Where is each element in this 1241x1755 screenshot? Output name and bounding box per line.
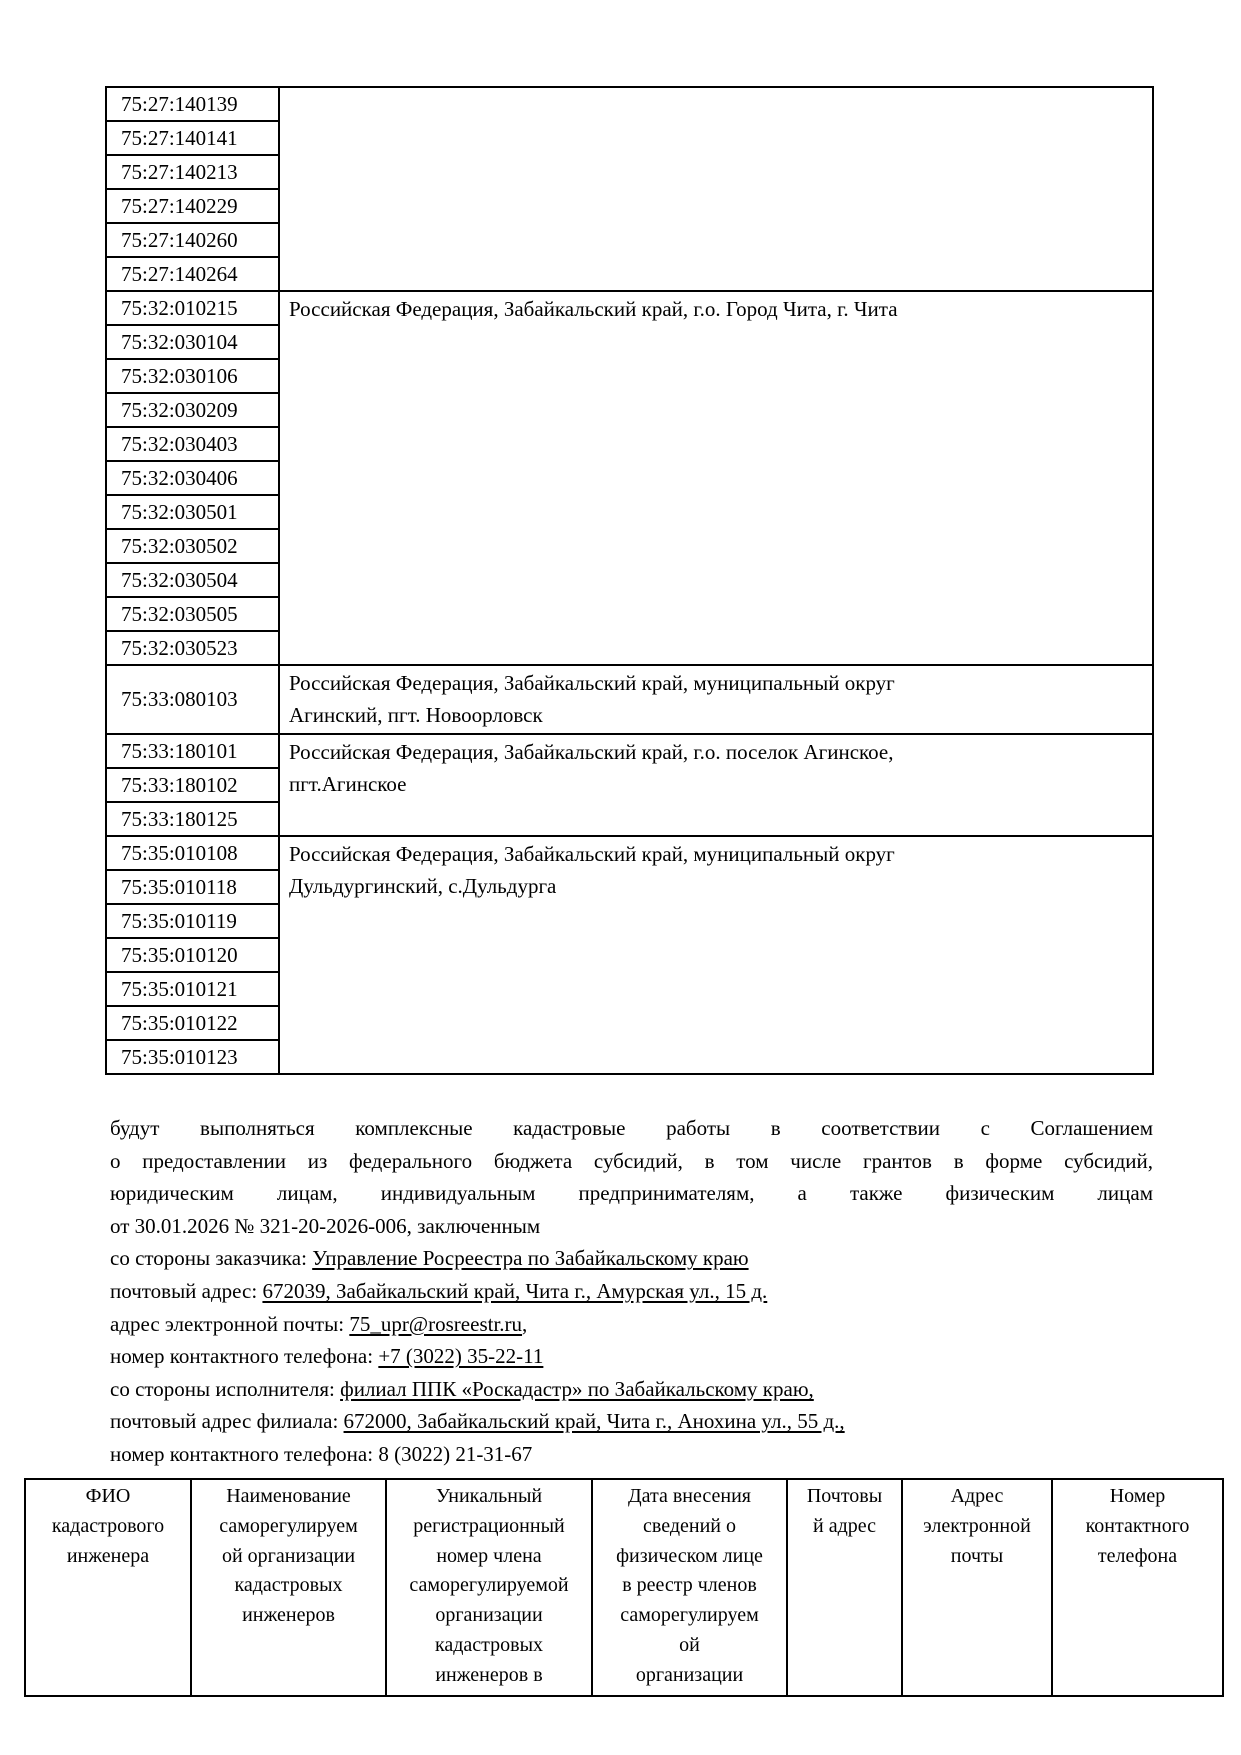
- agreement-paragraph: будут выполняться комплексные кадастровы…: [110, 1112, 1153, 1242]
- cadastral-number-cell: 75:33:180102: [106, 768, 279, 802]
- address-cell: [279, 87, 1153, 291]
- contact-label: почтовый адрес филиала:: [110, 1409, 344, 1433]
- cadastral-row: 75:33:180101Российская Федерация, Забайк…: [106, 734, 1153, 768]
- cadastral-number-cell: 75:35:010119: [106, 904, 279, 938]
- cadastral-number-cell: 75:33:180101: [106, 734, 279, 768]
- cadastral-number-cell: 75:32:030523: [106, 631, 279, 665]
- contact-suffix: ,: [522, 1312, 527, 1336]
- cadastral-number-cell: 75:33:180125: [106, 802, 279, 836]
- address-cell: Российская Федерация, Забайкальский край…: [279, 836, 1153, 1074]
- cadastral-number-cell: 75:32:030504: [106, 563, 279, 597]
- cadastral-number-cell: 75:35:010120: [106, 938, 279, 972]
- contact-line-postal-address: почтовый адрес: 672039, Забайкальский кр…: [110, 1275, 1153, 1308]
- contact-label: номер контактного телефона:: [110, 1442, 378, 1466]
- cadastral-engineers-table: ФИО кадастрового инженера Наименование с…: [24, 1478, 1224, 1697]
- cadastral-number-cell: 75:32:030502: [106, 529, 279, 563]
- paragraph-line: о предоставлении из федерального бюджета…: [110, 1145, 1153, 1178]
- cadastral-number-cell: 75:27:140213: [106, 155, 279, 189]
- column-header-engineer-name: ФИО кадастрового инженера: [25, 1479, 191, 1696]
- address-cell: Российская Федерация, Забайкальский край…: [279, 665, 1153, 734]
- column-header-phone: Номер контактного телефона: [1052, 1479, 1223, 1696]
- contact-value-email: 75_upr@rosreestr.ru: [349, 1312, 522, 1336]
- cadastral-number-cell: 75:35:010108: [106, 836, 279, 870]
- contact-value: +7 (3022) 35-22-11: [378, 1344, 543, 1368]
- paragraph-line: от 30.01.2026 № 321-20-2026-006, заключе…: [110, 1210, 1153, 1243]
- cadastral-blocks-tbody: 75:27:14013975:27:14014175:27:14021375:2…: [106, 87, 1153, 1074]
- contacts-block: со стороны заказчика: Управление Росреес…: [110, 1242, 1153, 1470]
- contact-line-phone-customer: номер контактного телефона: +7 (3022) 35…: [110, 1340, 1153, 1373]
- contact-label: почтовый адрес:: [110, 1279, 262, 1303]
- address-cell: Российская Федерация, Забайкальский край…: [279, 734, 1153, 836]
- cadastral-number-cell: 75:32:030501: [106, 495, 279, 529]
- cadastral-number-cell: 75:32:030209: [106, 393, 279, 427]
- paragraph-line: будут выполняться комплексные кадастровы…: [110, 1112, 1153, 1145]
- cadastral-row: 75:32:010215Российская Федерация, Забайк…: [106, 291, 1153, 325]
- cadastral-number-cell: 75:27:140260: [106, 223, 279, 257]
- cadastral-number-cell: 75:35:010122: [106, 1006, 279, 1040]
- cadastral-number-cell: 75:32:030104: [106, 325, 279, 359]
- contact-value: 672039, Забайкальский край, Чита г., Аму…: [262, 1279, 767, 1303]
- contact-value: 8 (3022) 21-31-67: [378, 1442, 532, 1466]
- cadastral-number-cell: 75:27:140264: [106, 257, 279, 291]
- cadastral-number-cell: 75:27:140139: [106, 87, 279, 121]
- contact-value: 672000, Забайкальский край, Чита г., Ано…: [344, 1409, 845, 1433]
- cadastral-number-cell: 75:35:010121: [106, 972, 279, 1006]
- cadastral-number-cell: 75:32:030406: [106, 461, 279, 495]
- cadastral-number-cell: 75:32:030403: [106, 427, 279, 461]
- contact-line-branch-address: почтовый адрес филиала: 672000, Забайкал…: [110, 1405, 1153, 1438]
- contact-label: со стороны исполнителя:: [110, 1377, 340, 1401]
- cadastral-number-cell: 75:32:030505: [106, 597, 279, 631]
- contact-line-contractor: со стороны исполнителя: филиал ППК «Роск…: [110, 1373, 1153, 1406]
- document-page: { "colors": { "background": "#ffffff", "…: [0, 0, 1241, 1755]
- cadastral-number-cell: 75:35:010123: [106, 1040, 279, 1074]
- column-header-email: Адрес электронной почты: [902, 1479, 1052, 1696]
- contact-value: Управление Росреестра по Забайкальскому …: [312, 1246, 748, 1270]
- cadastral-blocks-table: 75:27:14013975:27:14014175:27:14021375:2…: [105, 86, 1154, 1075]
- column-header-sro-name: Наименование саморегулируем ой организац…: [191, 1479, 386, 1696]
- cadastral-number-cell: 75:35:010118: [106, 870, 279, 904]
- cadastral-number-cell: 75:27:140141: [106, 121, 279, 155]
- contact-line-email: адрес электронной почты: 75_upr@rosreest…: [110, 1308, 1153, 1341]
- contact-line-phone-contractor: номер контактного телефона: 8 (3022) 21-…: [110, 1438, 1153, 1471]
- contact-label: номер контактного телефона:: [110, 1344, 378, 1368]
- contact-label: со стороны заказчика:: [110, 1246, 312, 1270]
- column-header-registration-number: Уникальный регистрационный номер члена с…: [386, 1479, 592, 1696]
- paragraph-line: юридическим лицам, индивидуальным предпр…: [110, 1177, 1153, 1210]
- address-cell: Российская Федерация, Забайкальский край…: [279, 291, 1153, 665]
- cadastral-row: 75:35:010108Российская Федерация, Забайк…: [106, 836, 1153, 870]
- cadastral-number-cell: 75:27:140229: [106, 189, 279, 223]
- contact-label: адрес электронной почты:: [110, 1312, 349, 1336]
- cadastral-row: 75:27:140139: [106, 87, 1153, 121]
- cadastral-row: 75:33:080103Российская Федерация, Забайк…: [106, 665, 1153, 734]
- cadastral-number-cell: 75:32:010215: [106, 291, 279, 325]
- engineers-table-header-row: ФИО кадастрового инженера Наименование с…: [25, 1479, 1223, 1696]
- cadastral-number-cell: 75:32:030106: [106, 359, 279, 393]
- column-header-postal-address: Почтовы й адрес: [787, 1479, 902, 1696]
- cadastral-number-cell: 75:33:080103: [106, 665, 279, 734]
- contact-line-customer: со стороны заказчика: Управление Росреес…: [110, 1242, 1153, 1275]
- column-header-registry-date: Дата внесения сведений о физическом лице…: [592, 1479, 787, 1696]
- agreement-text-block: будут выполняться комплексные кадастровы…: [110, 1112, 1153, 1471]
- contact-value: филиал ППК «Роскадастр» по Забайкальском…: [340, 1377, 814, 1401]
